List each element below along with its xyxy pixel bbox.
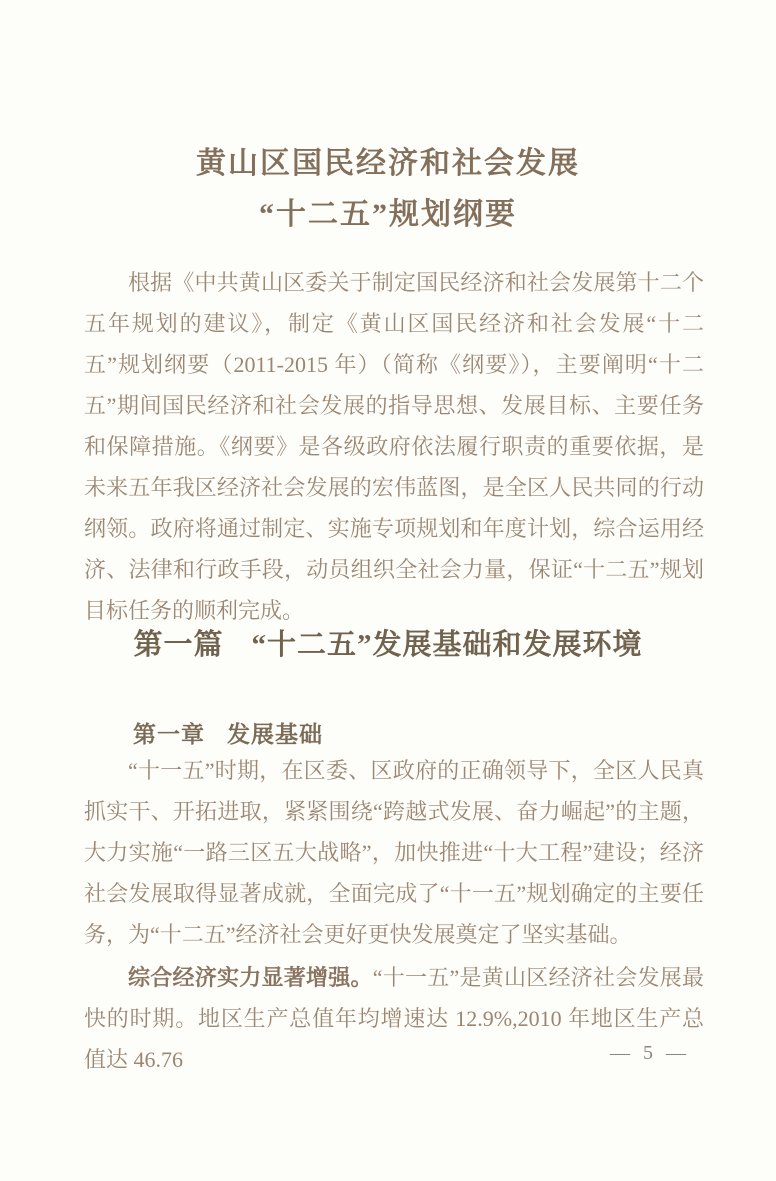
chapter-opening-paragraph: “十一五”时期，在区委、区政府的正确领导下，全区人民真抓实干、开拓进取，紧紧围绕… [84,750,704,955]
title-line-2: “十二五”规划纲要 [0,189,776,240]
part-title: “十二五”发展基础和发展环境 [252,629,643,661]
document-title: 黄山区国民经济和社会发展 “十二五”规划纲要 [0,138,776,240]
page-number: — 5 — [610,1042,690,1065]
part-number: 第一篇 [133,629,223,661]
title-line-1: 黄山区国民经济和社会发展 [0,138,776,189]
part-heading: 第一篇“十二五”发展基础和发展环境 [0,622,776,663]
intro-paragraph: 根据《中共黄山区委关于制定国民经济和社会发展第十二个五年规划的建议》，制定《黄山… [84,262,704,631]
document-page: 黄山区国民经济和社会发展 “十二五”规划纲要 根据《中共黄山区委关于制定国民经济… [0,0,776,1181]
achievement-lead: 综合经济实力显著增强。 [128,965,373,990]
chapter-heading: 第一章发展基础 [133,716,323,749]
chapter-number: 第一章 [133,722,205,747]
chapter-title: 发展基础 [227,722,323,747]
